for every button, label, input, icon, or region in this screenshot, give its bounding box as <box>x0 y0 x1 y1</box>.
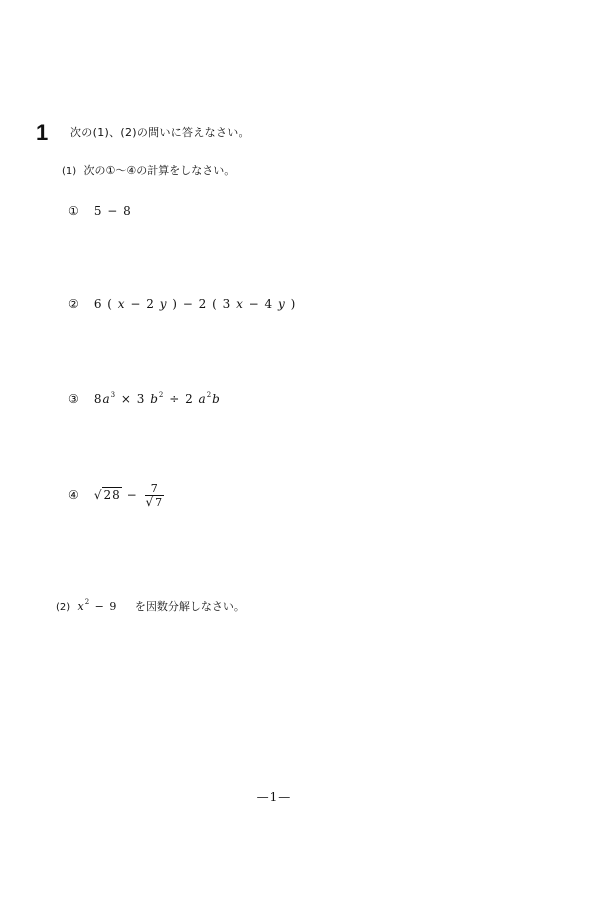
item-marker: ② <box>68 296 90 312</box>
item-marker: ④ <box>68 487 90 503</box>
item-marker: ① <box>68 203 90 219</box>
part2-question: (2) x2 − 9 を因数分解しなさい。 <box>56 600 245 615</box>
problem-item-1: ① 5 − 8 <box>68 203 132 219</box>
question-number: 1 <box>36 121 48 145</box>
part1-instruction: 次の①～④の計算をしなさい。 <box>84 164 236 177</box>
part2-expression: x2 − 9 <box>78 600 118 613</box>
item-marker: ③ <box>68 391 90 407</box>
square-root: √28 <box>94 487 122 503</box>
page-number: —1— <box>0 790 548 804</box>
item-expression: √28 − 7 √7 <box>94 488 164 502</box>
fraction: 7 √7 <box>145 482 164 509</box>
problem-item-3: ③ 8a3 × 3 b2 ÷ 2 a2b <box>68 391 221 407</box>
part1-label: (1) <box>62 165 80 179</box>
question-instruction: 次の(1)、(2)の問いに答えなさい。 <box>70 126 250 140</box>
part1-heading: (1) 次の①～④の計算をしなさい。 <box>62 164 235 179</box>
item-expression: 6 ( x − 2 y ) − 2 ( 3 x − 4 y ) <box>94 297 296 311</box>
part2-instruction: を因数分解しなさい。 <box>135 600 245 613</box>
item-expression: 8a3 × 3 b2 ÷ 2 a2b <box>94 392 221 406</box>
problem-item-4: ④ √28 − 7 √7 <box>68 482 164 509</box>
item-expression: 5 − 8 <box>94 204 132 218</box>
problem-item-2: ② 6 ( x − 2 y ) − 2 ( 3 x − 4 y ) <box>68 296 296 312</box>
part2-label: (2) <box>56 601 74 615</box>
